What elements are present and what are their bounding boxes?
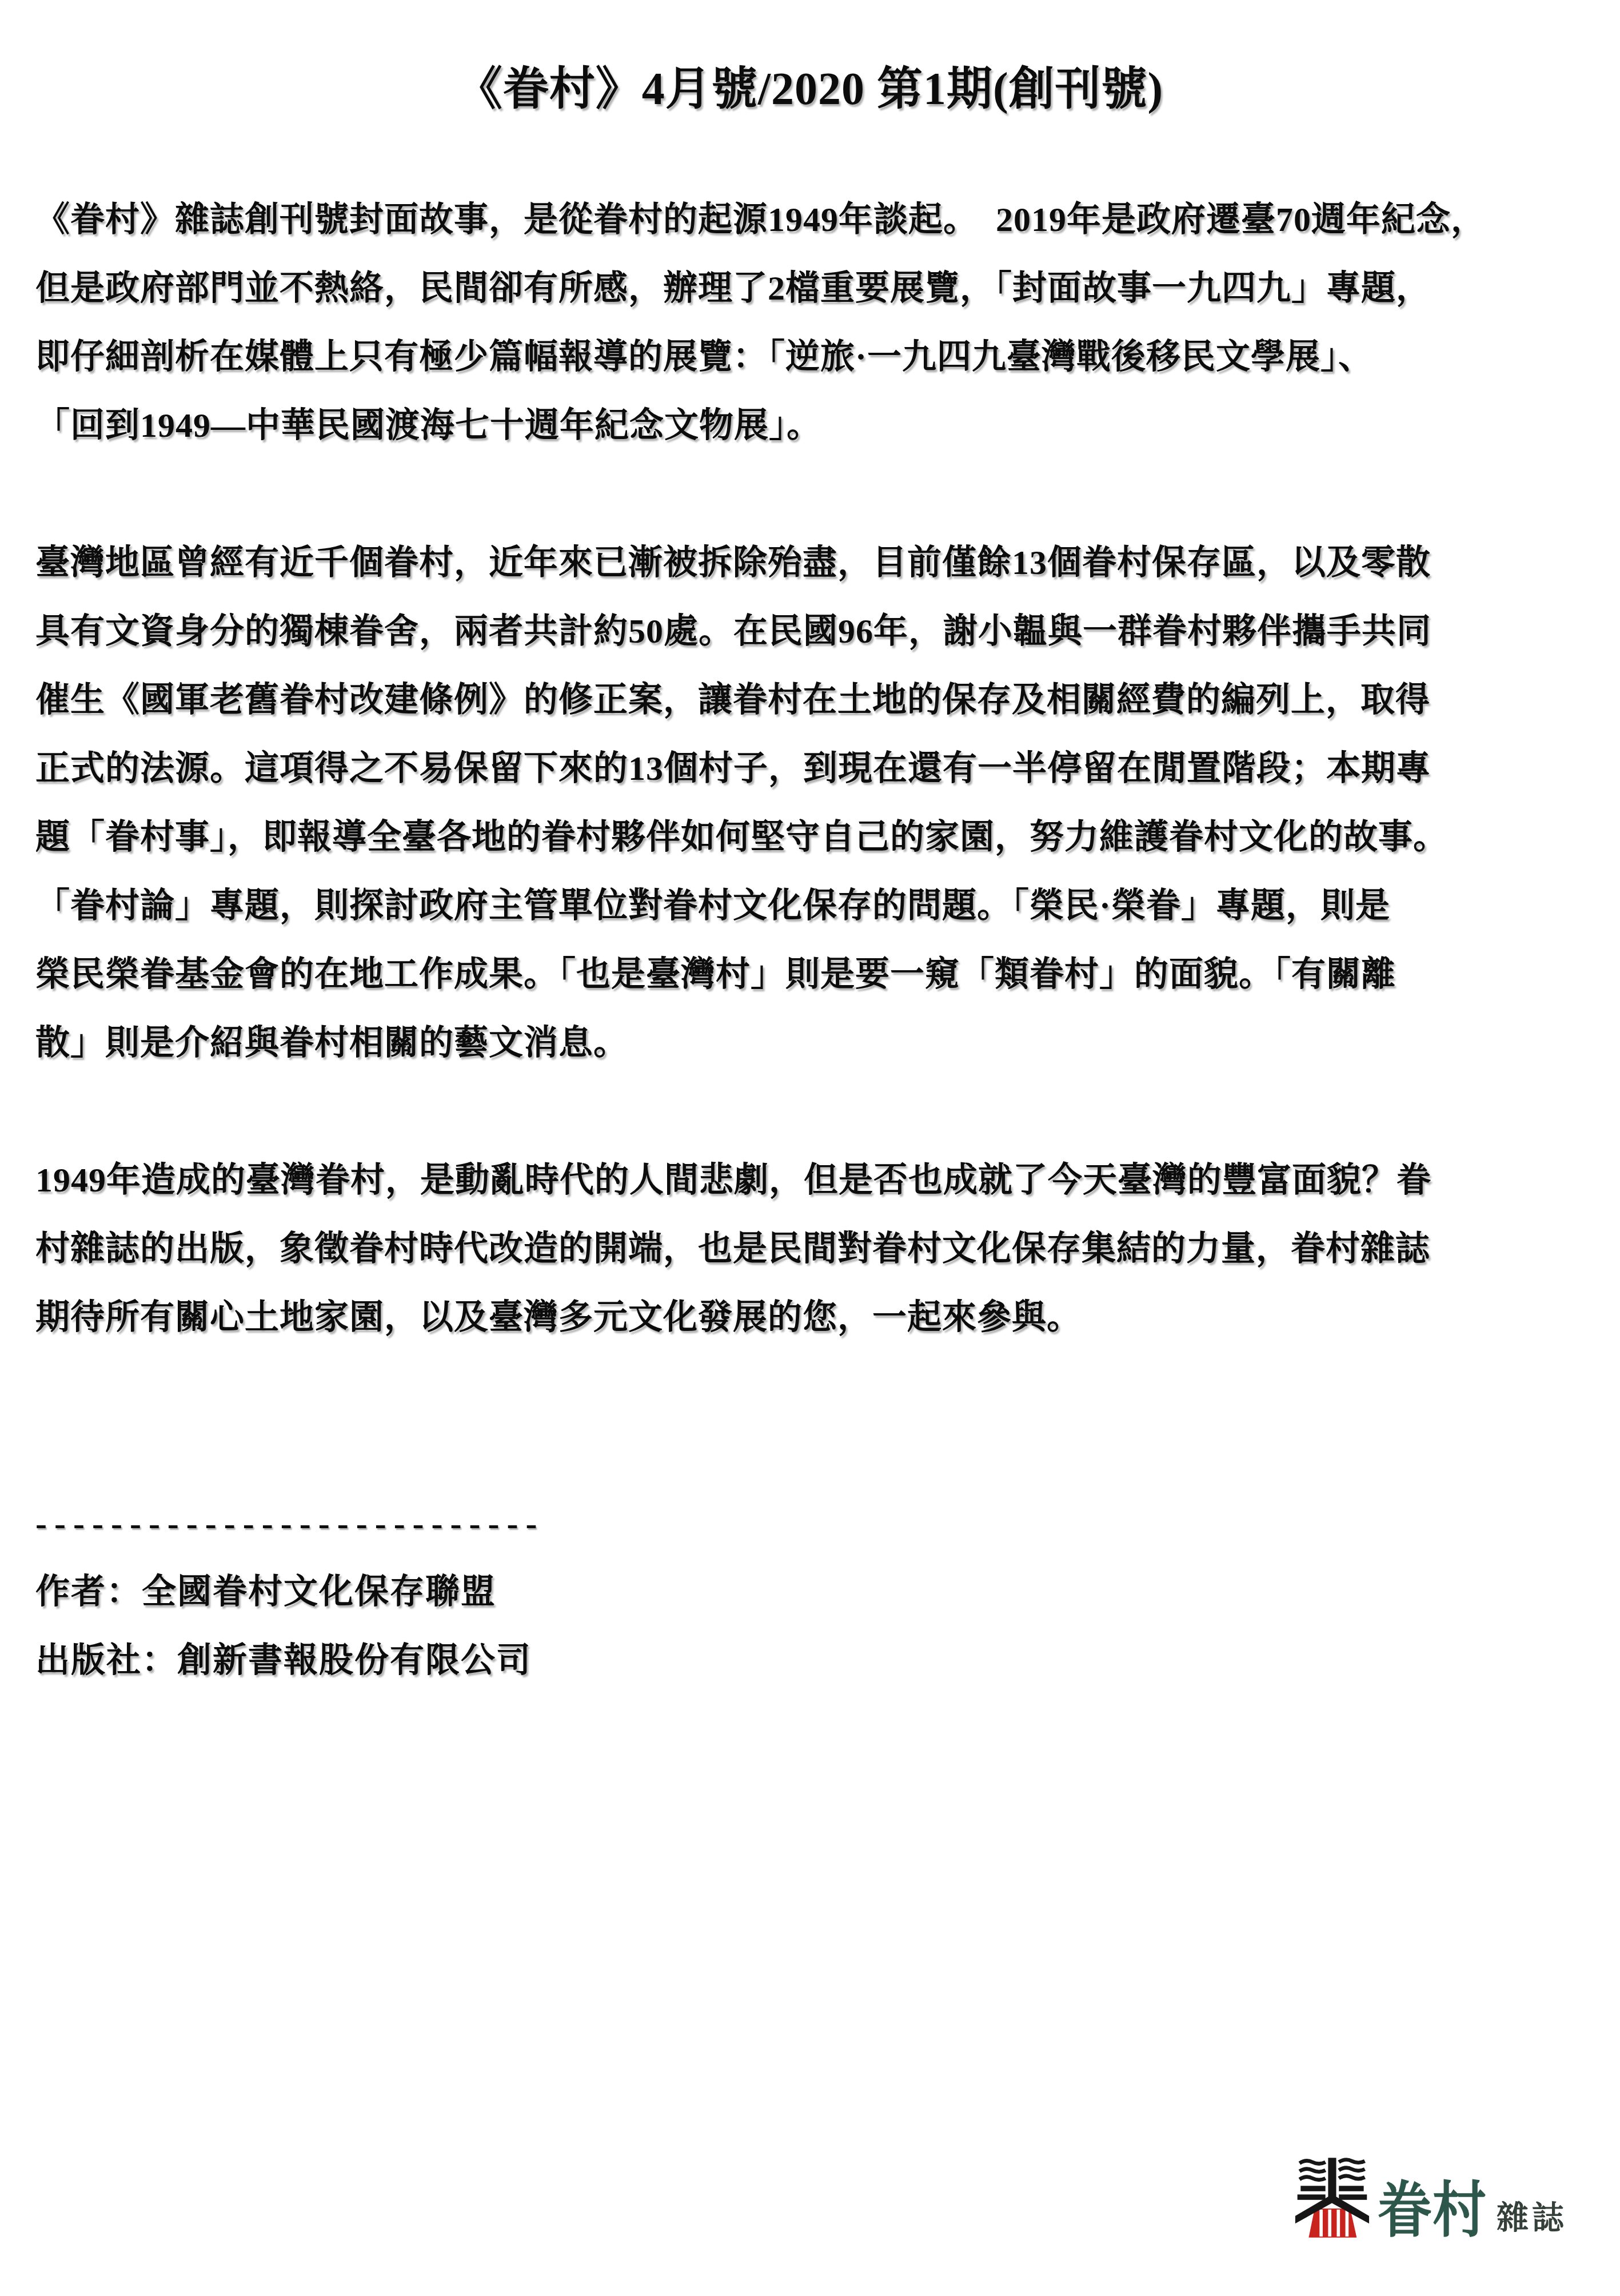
page-title: 《眷村》4月號/2020 第1期(創刊號) — [0, 62, 1620, 117]
juancun-seal-icon — [1294, 2157, 1370, 2240]
publisher-line: 出版社：創新書報股份有限公司 — [35, 1626, 1603, 1695]
author-line: 作者：全國眷村文化保存聯盟 — [35, 1557, 1603, 1626]
magazine-intro-page: 《眷村》4月號/2020 第1期(創刊號) 《眷村》雜誌創刊號封面故事，是從眷村… — [0, 0, 1620, 2296]
magazine-logo: 眷村 雜誌 — [1294, 2157, 1567, 2240]
paragraph-cover-story: 《眷村》雜誌創刊號封面故事，是從眷村的起源1949年談起。 2019年是政府遷臺… — [35, 185, 1603, 460]
paragraph-conclusion: 1949年造成的臺灣眷村，是動亂時代的人間悲劇，但是否也成就了今天臺灣的豐富面貌… — [35, 1146, 1603, 1352]
logo-brand-text: 眷村 — [1378, 2183, 1487, 2240]
logo-suffix-text: 雜誌 — [1497, 2202, 1567, 2234]
article-body: 《眷村》雜誌創刊號封面故事，是從眷村的起源1949年談起。 2019年是政府遷臺… — [35, 185, 1603, 1695]
dashed-separator: --------------------------- — [35, 1489, 1603, 1557]
paragraph-village-preservation: 臺灣地區曾經有近千個眷村，近年來已漸被拆除殆盡，目前僅餘13個眷村保存區，以及零… — [35, 528, 1603, 1077]
